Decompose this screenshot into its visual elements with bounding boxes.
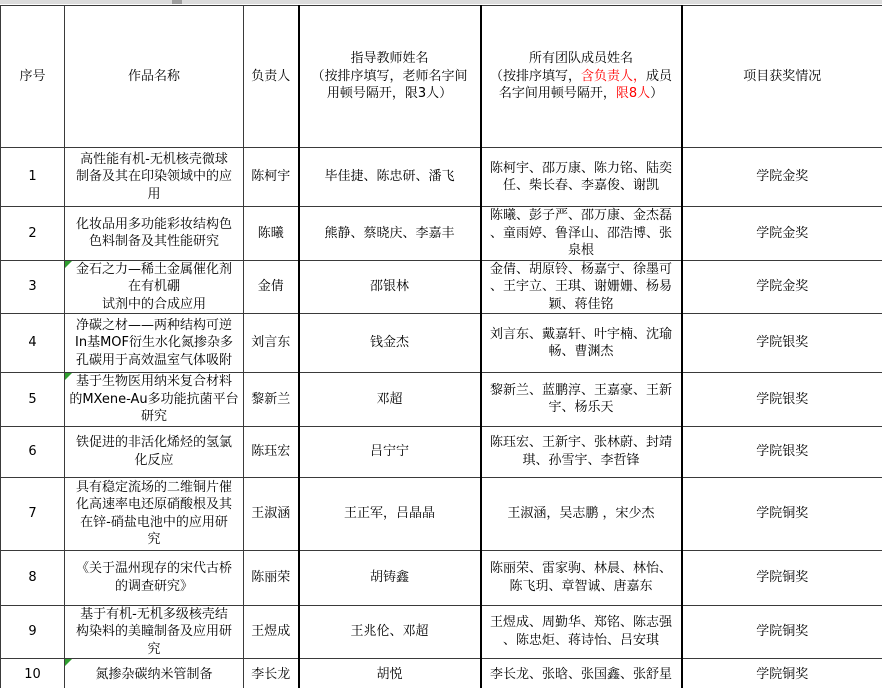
- cell-teachers[interactable]: 王正军，吕晶晶: [299, 477, 481, 550]
- table-row: 2化妆品用多功能彩妆结构色 色料制备及其性能研究陈曦熊静、蔡晓庆、李嘉丰陈曦、彭…: [1, 207, 882, 261]
- cell-title[interactable]: 具有稳定流场的二维铜片催 化高速率电还原硝酸根及其 在锌-硝盐电池中的应用研 究: [65, 477, 244, 550]
- table-row: 6铁促进的非活化烯烃的氢氯 化反应陈珏宏吕宁宁陈珏宏、王新宇、张林蔚、封靖 琪、…: [1, 426, 882, 477]
- header-label-text: ）: [650, 86, 663, 101]
- cell-award[interactable]: 学院金奖: [682, 207, 882, 261]
- cell-leader[interactable]: 王淑涵: [244, 477, 299, 550]
- cell-teachers[interactable]: 毕佳捷、陈忠研、潘飞: [299, 148, 481, 207]
- cell-index[interactable]: 5: [1, 373, 65, 427]
- cell-title[interactable]: 化妆品用多功能彩妆结构色 色料制备及其性能研究: [65, 207, 244, 261]
- cell-error-marker-icon: [65, 659, 72, 666]
- cell-teachers[interactable]: 熊静、蔡晓庆、李嘉丰: [299, 207, 481, 261]
- cell-error-marker-icon: [65, 373, 72, 380]
- cell-title[interactable]: 氮掺杂碳纳米管制备: [65, 659, 244, 688]
- col-header-award[interactable]: 项目获奖情况: [682, 6, 882, 148]
- cell-award[interactable]: 学院金奖: [682, 260, 882, 314]
- cell-award[interactable]: 学院铜奖: [682, 550, 882, 605]
- cell-leader[interactable]: 王煜成: [244, 605, 299, 659]
- cell-index[interactable]: 7: [1, 477, 65, 550]
- cell-title[interactable]: 基于生物医用纳米复合材料 的MXene-Au多功能抗菌平台 研究: [65, 373, 244, 427]
- cell-error-marker-icon: [65, 261, 72, 268]
- cell-leader[interactable]: 李长龙: [244, 659, 299, 688]
- cell-award[interactable]: 学院银奖: [682, 314, 882, 373]
- cell-teachers[interactable]: 邓超: [299, 373, 481, 427]
- cell-index[interactable]: 8: [1, 550, 65, 605]
- cell-title[interactable]: 净碳之材——两种结构可逆 In基MOF衍生水化氮掺杂多 孔碳用于高效温室气体吸附: [65, 314, 244, 373]
- cell-teachers[interactable]: 王兆伦、邓超: [299, 605, 481, 659]
- cell-title[interactable]: 金石之力—稀土金属催化剂 在有机硼 试剂中的合成应用: [65, 260, 244, 314]
- cell-teachers[interactable]: 胡铸鑫: [299, 550, 481, 605]
- cell-teachers[interactable]: 吕宁宁: [299, 426, 481, 477]
- cell-award[interactable]: 学院铜奖: [682, 605, 882, 659]
- table-row: 9基于有机-无机多级核壳结 构染料的美瞳制备及应用研 究王煜成王兆伦、邓超王煜成…: [1, 605, 882, 659]
- table-row: 3金石之力—稀土金属催化剂 在有机硼 试剂中的合成应用金倩邵银林金倩、胡原铃、杨…: [1, 260, 882, 314]
- table-row: 5基于生物医用纳米复合材料 的MXene-Au多功能抗菌平台 研究黎新兰邓超黎新…: [1, 373, 882, 427]
- col-header-teachers[interactable]: 指导教师姓名 （按排序填写，老师名字间 用顿号隔开，限3人）: [299, 6, 481, 148]
- cell-leader[interactable]: 刘言东: [244, 314, 299, 373]
- cell-index[interactable]: 1: [1, 148, 65, 207]
- col-header-title[interactable]: 作品名称: [65, 6, 244, 148]
- cell-leader[interactable]: 陈丽荣: [244, 550, 299, 605]
- col-header-leader[interactable]: 负责人: [244, 6, 299, 148]
- cell-members[interactable]: 陈丽荣、雷家驹、林晨、林怡、 陈飞玥、章智诚、唐嘉东: [481, 550, 682, 605]
- cell-award[interactable]: 学院铜奖: [682, 659, 882, 688]
- table-row: 7具有稳定流场的二维铜片催 化高速率电还原硝酸根及其 在锌-硝盐电池中的应用研 …: [1, 477, 882, 550]
- awards-table: 序号作品名称负责人指导教师姓名 （按排序填写，老师名字间 用顿号隔开，限3人）所…: [0, 5, 882, 688]
- cell-award[interactable]: 学院银奖: [682, 373, 882, 427]
- cell-index[interactable]: 3: [1, 260, 65, 314]
- cell-title[interactable]: 基于有机-无机多级核壳结 构染料的美瞳制备及应用研 究: [65, 605, 244, 659]
- cell-members[interactable]: 金倩、胡原铃、杨嘉宁、徐墨可 、王宇立、王琪、谢姗姗、杨易 颖、蒋佳铭: [481, 260, 682, 314]
- table-header-row: 序号作品名称负责人指导教师姓名 （按排序填写，老师名字间 用顿号隔开，限3人）所…: [1, 6, 882, 148]
- cell-members[interactable]: 陈珏宏、王新宇、张林蔚、封靖 琪、孙雪宇、李哲锋: [481, 426, 682, 477]
- cell-leader[interactable]: 黎新兰: [244, 373, 299, 427]
- cell-title[interactable]: 高性能有机-无机核壳微球 制备及其在印染领域中的应 用: [65, 148, 244, 207]
- cell-award[interactable]: 学院银奖: [682, 426, 882, 477]
- cell-members[interactable]: 陈曦、彭子严、邵万康、金杰磊 、童雨婷、鲁泽山、邵浩博、张 泉根: [481, 207, 682, 261]
- cell-index[interactable]: 6: [1, 426, 65, 477]
- table-row: 1高性能有机-无机核壳微球 制备及其在印染领域中的应 用陈柯宇毕佳捷、陈忠研、潘…: [1, 148, 882, 207]
- screen-top-edge-strip: [0, 0, 882, 4]
- cell-award[interactable]: 学院铜奖: [682, 477, 882, 550]
- cell-members[interactable]: 黎新兰、蓝鹏淳、王嘉豪、王新 宇、杨乐天: [481, 373, 682, 427]
- cell-leader[interactable]: 陈珏宏: [244, 426, 299, 477]
- cell-index[interactable]: 10: [1, 659, 65, 688]
- cell-award[interactable]: 学院金奖: [682, 148, 882, 207]
- cell-members[interactable]: 刘言东、戴嘉轩、叶宇楠、沈瑜 畅、曹渊杰: [481, 314, 682, 373]
- column-resize-handle: [172, 0, 182, 4]
- cell-index[interactable]: 2: [1, 207, 65, 261]
- col-header-index[interactable]: 序号: [1, 6, 65, 148]
- cell-teachers[interactable]: 钱金杰: [299, 314, 481, 373]
- col-header-members[interactable]: 所有团队成员姓名 （按排序填写，含负责人，成员 名字间用顿号隔开，限8人）: [481, 6, 682, 148]
- cell-members[interactable]: 李长龙、张晗、张国鑫、张舒星: [481, 659, 682, 688]
- cell-leader[interactable]: 金倩: [244, 260, 299, 314]
- table-row: 8《关于温州现存的宋代古桥 的调查研究》陈丽荣胡铸鑫陈丽荣、雷家驹、林晨、林怡、…: [1, 550, 882, 605]
- header-note-red-text: 限8人: [616, 86, 650, 101]
- cell-index[interactable]: 9: [1, 605, 65, 659]
- cell-teachers[interactable]: 胡悦: [299, 659, 481, 688]
- table-row: 4净碳之材——两种结构可逆 In基MOF衍生水化氮掺杂多 孔碳用于高效温室气体吸…: [1, 314, 882, 373]
- cell-members[interactable]: 王煜成、周勤华、郑铭、陈志强 、陈忠炬、蒋诗怡、吕安琪: [481, 605, 682, 659]
- cell-members[interactable]: 陈柯宇、邵万康、陈力铭、陆奕 任、柴长春、李嘉俊、谢凯: [481, 148, 682, 207]
- cell-title[interactable]: 《关于温州现存的宋代古桥 的调查研究》: [65, 550, 244, 605]
- cell-members[interactable]: 王淑涵，吴志鹏 ，宋少杰: [481, 477, 682, 550]
- cell-leader[interactable]: 陈曦: [244, 207, 299, 261]
- cell-index[interactable]: 4: [1, 314, 65, 373]
- header-note-red-text: 含负责人，: [581, 69, 646, 84]
- cell-leader[interactable]: 陈柯宇: [244, 148, 299, 207]
- cell-title[interactable]: 铁促进的非活化烯烃的氢氯 化反应: [65, 426, 244, 477]
- table-row: 10氮掺杂碳纳米管制备李长龙胡悦李长龙、张晗、张国鑫、张舒星学院铜奖: [1, 659, 882, 688]
- cell-teachers[interactable]: 邵银林: [299, 260, 481, 314]
